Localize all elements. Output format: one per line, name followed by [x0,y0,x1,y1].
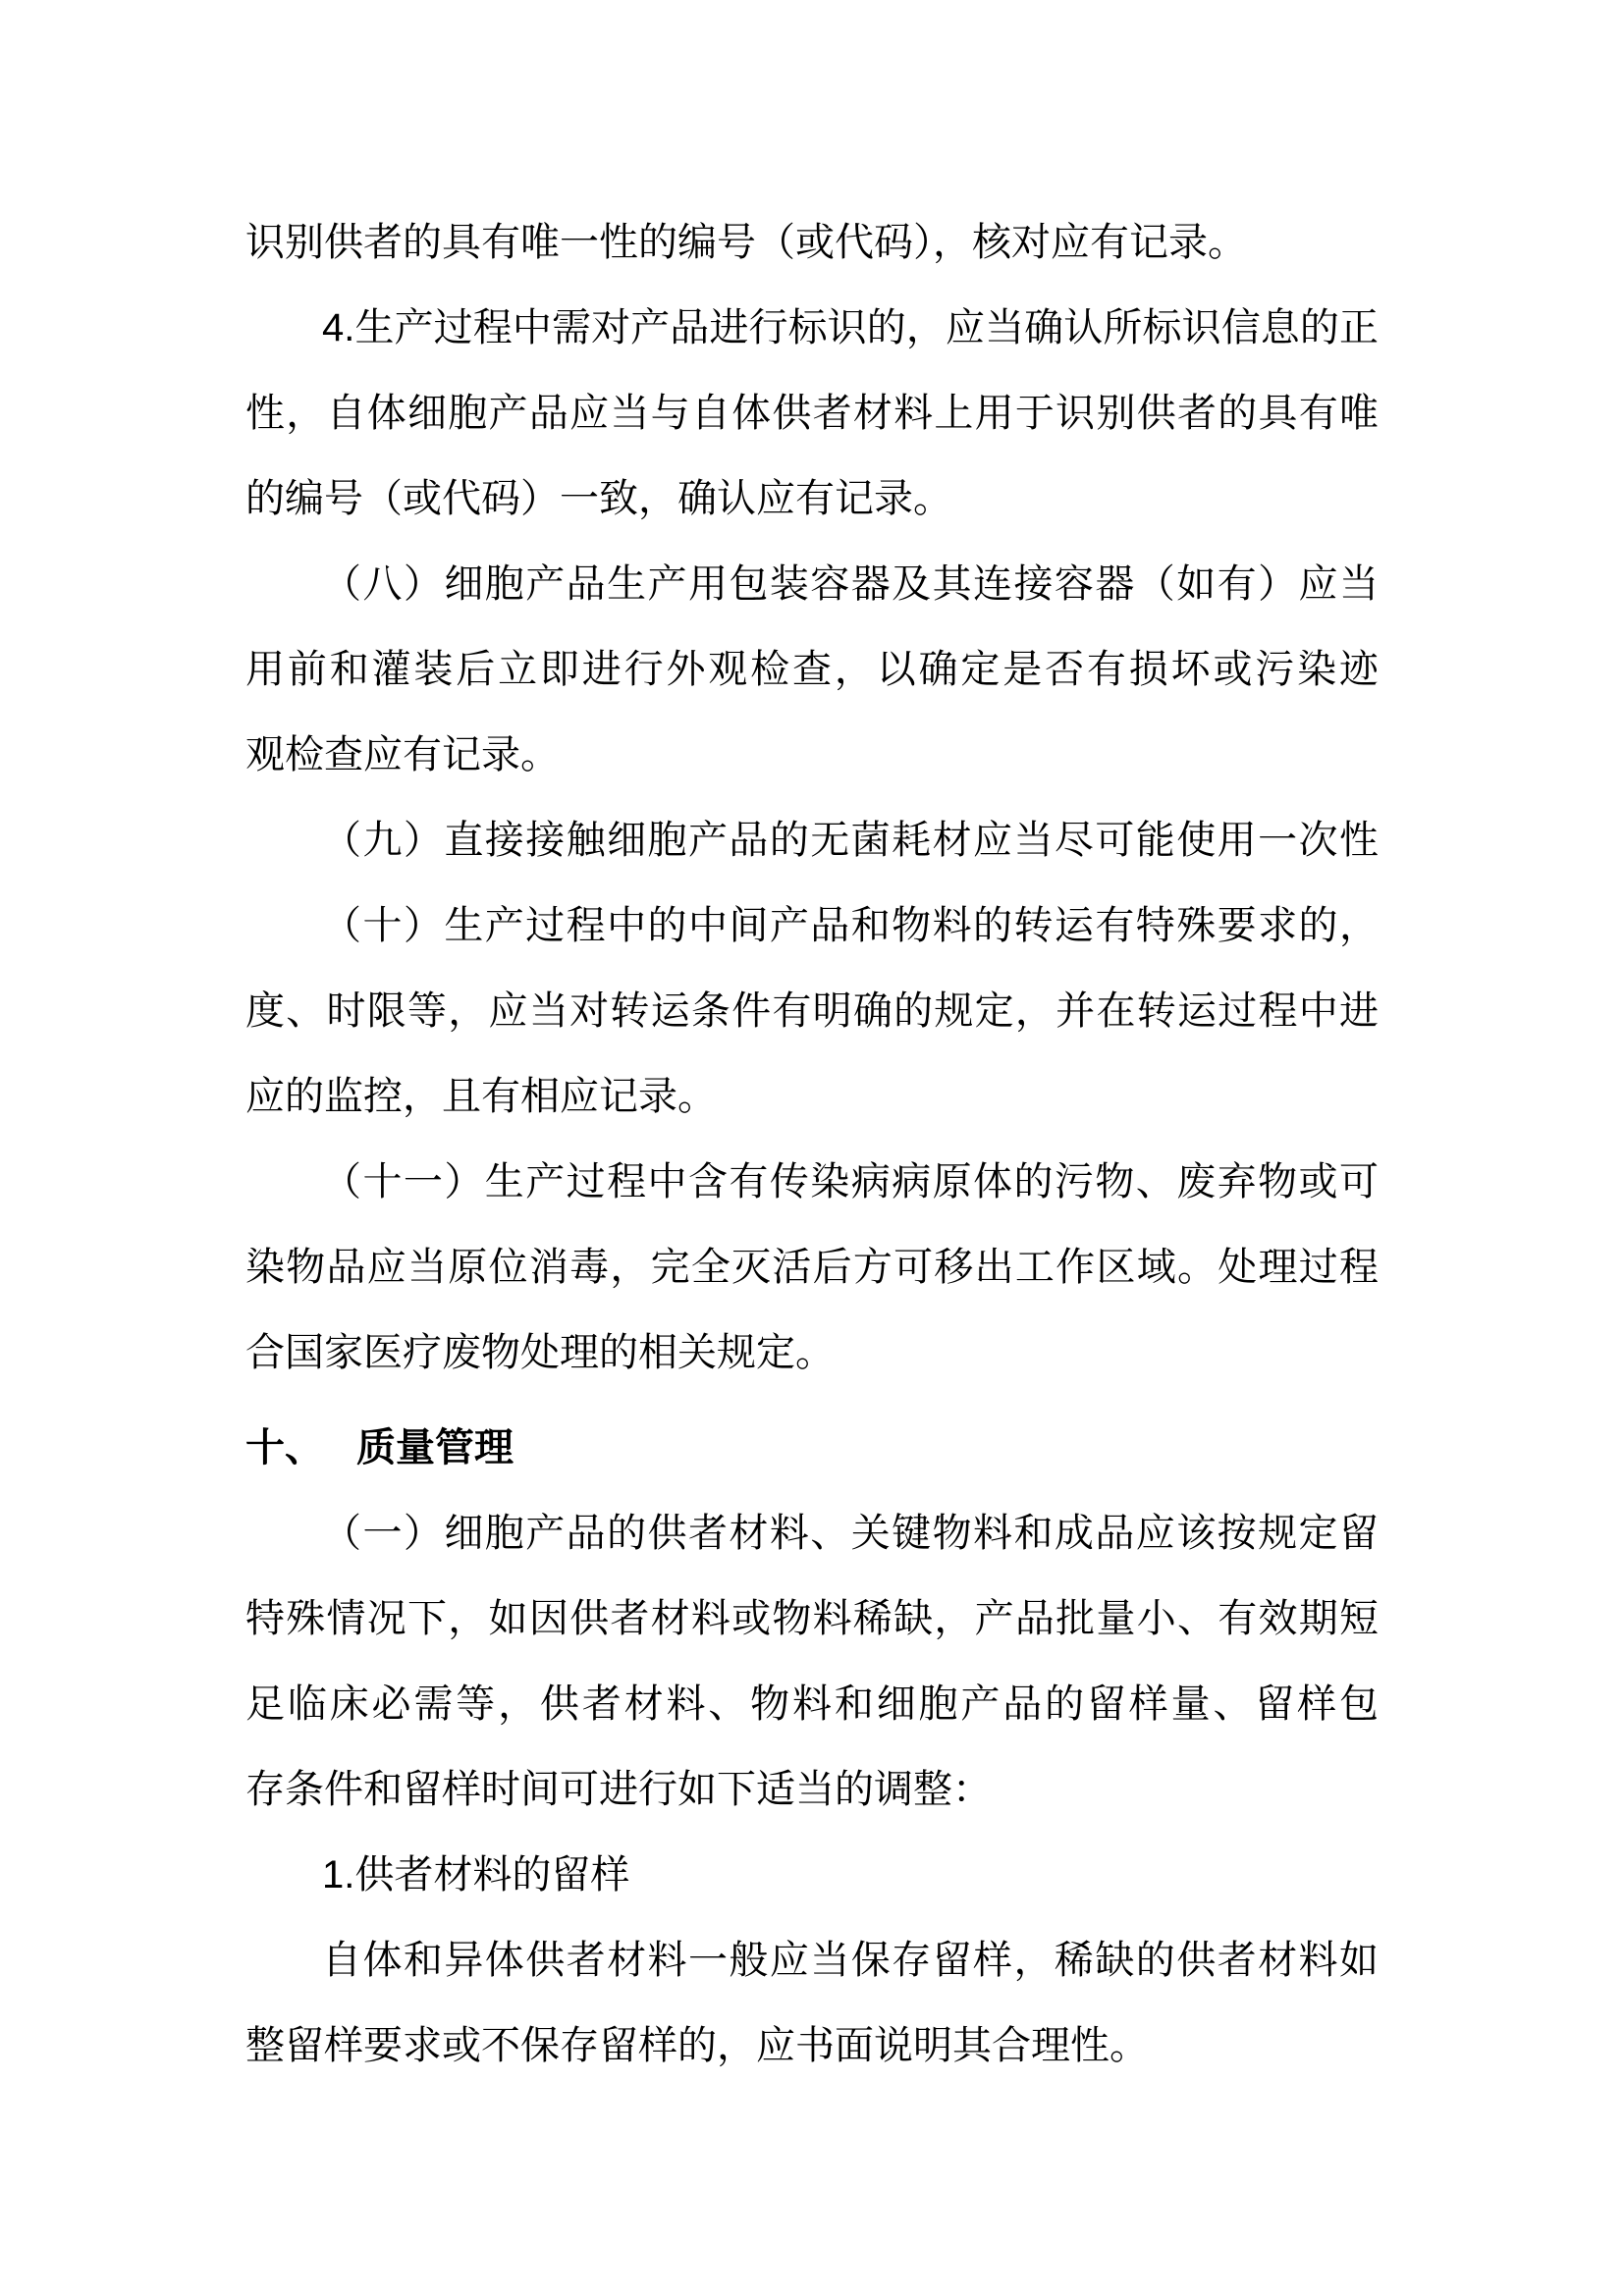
text-line: 存条件和留样时间可进行如下适当的调整： [245,1747,1379,1833]
text-line: 观检查应有记录。 [245,713,1379,798]
text-line: 的编号（或代码）一致，确认应有记录。 [245,456,1379,542]
text-line: （一）细胞产品的供者材料、关键物料和成品应该按规定留样。 [245,1491,1379,1576]
text-line: 用前和灌装后立即进行外观检查，以确定是否有损坏或污染迹象，外 [245,627,1379,713]
text-line: 自体和异体供者材料一般应当保存留样，稀缺的供者材料如需调 [245,1918,1379,2003]
paragraph-item-11: （十一）生产过程中含有传染病病原体的污物、废弃物或可疑污 染物品应当原位消毒，完… [245,1140,1379,1396]
paragraph-item-4: 4.生产过程中需对产品进行标识的，应当确认所标识信息的正确 性，自体细胞产品应当… [245,286,1379,542]
text-line: 4.生产过程中需对产品进行标识的，应当确认所标识信息的正确 [245,286,1379,371]
text-line: 应的监控，且有相应记录。 [245,1054,1379,1140]
text-line: 合国家医疗废物处理的相关规定。 [245,1310,1379,1396]
text-line: 识别供者的具有唯一性的编号（或代码），核对应有记录。 [245,200,1379,286]
section-heading: 十、质量管理 [245,1406,1379,1491]
text-line: （九）直接接触细胞产品的无菌耗材应当尽可能使用一次性耗材。 [245,798,1379,883]
text-line: （八）细胞产品生产用包装容器及其连接容器（如有）应当在使 [245,542,1379,627]
text-line: （十一）生产过程中含有传染病病原体的污物、废弃物或可疑污 [245,1140,1379,1225]
paragraph-item-10: （十）生产过程中的中间产品和物料的转运有特殊要求的，如温 度、时限等，应当对转运… [245,883,1379,1140]
paragraph-item-8: （八）细胞产品生产用包装容器及其连接容器（如有）应当在使 用前和灌装后立即进行外… [245,542,1379,798]
text-line: 1.供者材料的留样 [245,1833,1379,1918]
text-line: 性，自体细胞产品应当与自体供者材料上用于识别供者的具有唯一性 [245,371,1379,456]
paragraph-item-1-quality: （一）细胞产品的供者材料、关键物料和成品应该按规定留样。 特殊情况下，如因供者材… [245,1491,1379,1833]
section-title: 质量管理 [356,1426,514,1469]
section-number: 十、 [245,1426,324,1469]
text-line: 度、时限等，应当对转运条件有明确的规定，并在转运过程中进行相 [245,969,1379,1054]
text-line: 足临床必需等，供者材料、物料和细胞产品的留样量、留样包装、保 [245,1662,1379,1747]
paragraph-donor-material: 自体和异体供者材料一般应当保存留样，稀缺的供者材料如需调 整留样要求或不保存留样… [245,1918,1379,2089]
paragraph-item-9: （九）直接接触细胞产品的无菌耗材应当尽可能使用一次性耗材。 [245,798,1379,883]
text-line: 染物品应当原位消毒，完全灭活后方可移出工作区域。处理过程应符 [245,1225,1379,1310]
text-line: 特殊情况下，如因供者材料或物料稀缺，产品批量小、有效期短和满 [245,1576,1379,1662]
text-line: 整留样要求或不保存留样的，应书面说明其合理性。 [245,2003,1379,2089]
paragraph-subitem-1: 1.供者材料的留样 [245,1833,1379,1918]
paragraph-continuation: 识别供者的具有唯一性的编号（或代码），核对应有记录。 [245,200,1379,286]
document-page: 识别供者的具有唯一性的编号（或代码），核对应有记录。 4.生产过程中需对产品进行… [0,0,1624,2296]
text-line: （十）生产过程中的中间产品和物料的转运有特殊要求的，如温 [245,883,1379,969]
